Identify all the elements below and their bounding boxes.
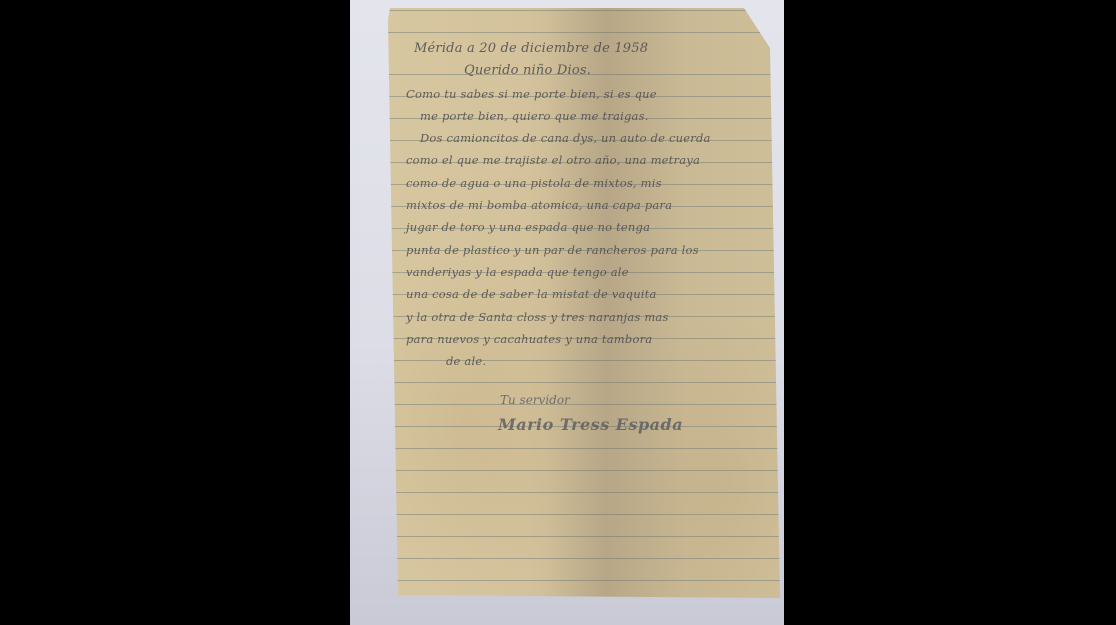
letter-line: y la otra de Santa closs y tres naranjas… bbox=[406, 306, 776, 328]
letter-signature: Mario Tress Espada bbox=[498, 412, 683, 438]
letter-line: Como tu sabes si me porte bien, si es qu… bbox=[406, 83, 776, 105]
letter-line: me porte bien, quiero que me traigas. bbox=[406, 105, 776, 127]
letter-line: como el que me trajiste el otro año, una… bbox=[406, 149, 776, 171]
letter-line: jugar de toro y una espada que no tenga bbox=[406, 216, 776, 238]
letter-closing-block: Tu servidor Mario Tress Espada bbox=[498, 388, 683, 438]
letter-closing: Tu servidor bbox=[498, 388, 683, 412]
letter-line: mixtos de mi bomba atomica, una capa par… bbox=[406, 194, 776, 216]
letter-line: Dos camioncitos de cana dys, un auto de … bbox=[406, 127, 776, 149]
letter-text: Mérida a 20 de diciembre de 1958 Querido… bbox=[406, 38, 776, 372]
letter-line: una cosa de de saber la mistat de vaquit… bbox=[406, 283, 776, 305]
letter-line: de ale. bbox=[406, 350, 776, 372]
letter-line: como de agua o una pistola de mixtos, mi… bbox=[406, 172, 776, 194]
letter-date: Mérida a 20 de diciembre de 1958 bbox=[406, 38, 776, 60]
letter-greeting: Querido niño Dios. bbox=[406, 60, 776, 82]
photo: Mérida a 20 de diciembre de 1958 Querido… bbox=[350, 0, 784, 625]
letter-line: para nuevos y cacahuates y una tambora bbox=[406, 328, 776, 350]
letter-paper: Mérida a 20 de diciembre de 1958 Querido… bbox=[388, 8, 784, 600]
letter-line: punta de plastico y un par de rancheros … bbox=[406, 239, 776, 261]
letter-line: vanderiyas y la espada que tengo ale bbox=[406, 261, 776, 283]
photo-frame: Mérida a 20 de diciembre de 1958 Querido… bbox=[0, 0, 1116, 625]
